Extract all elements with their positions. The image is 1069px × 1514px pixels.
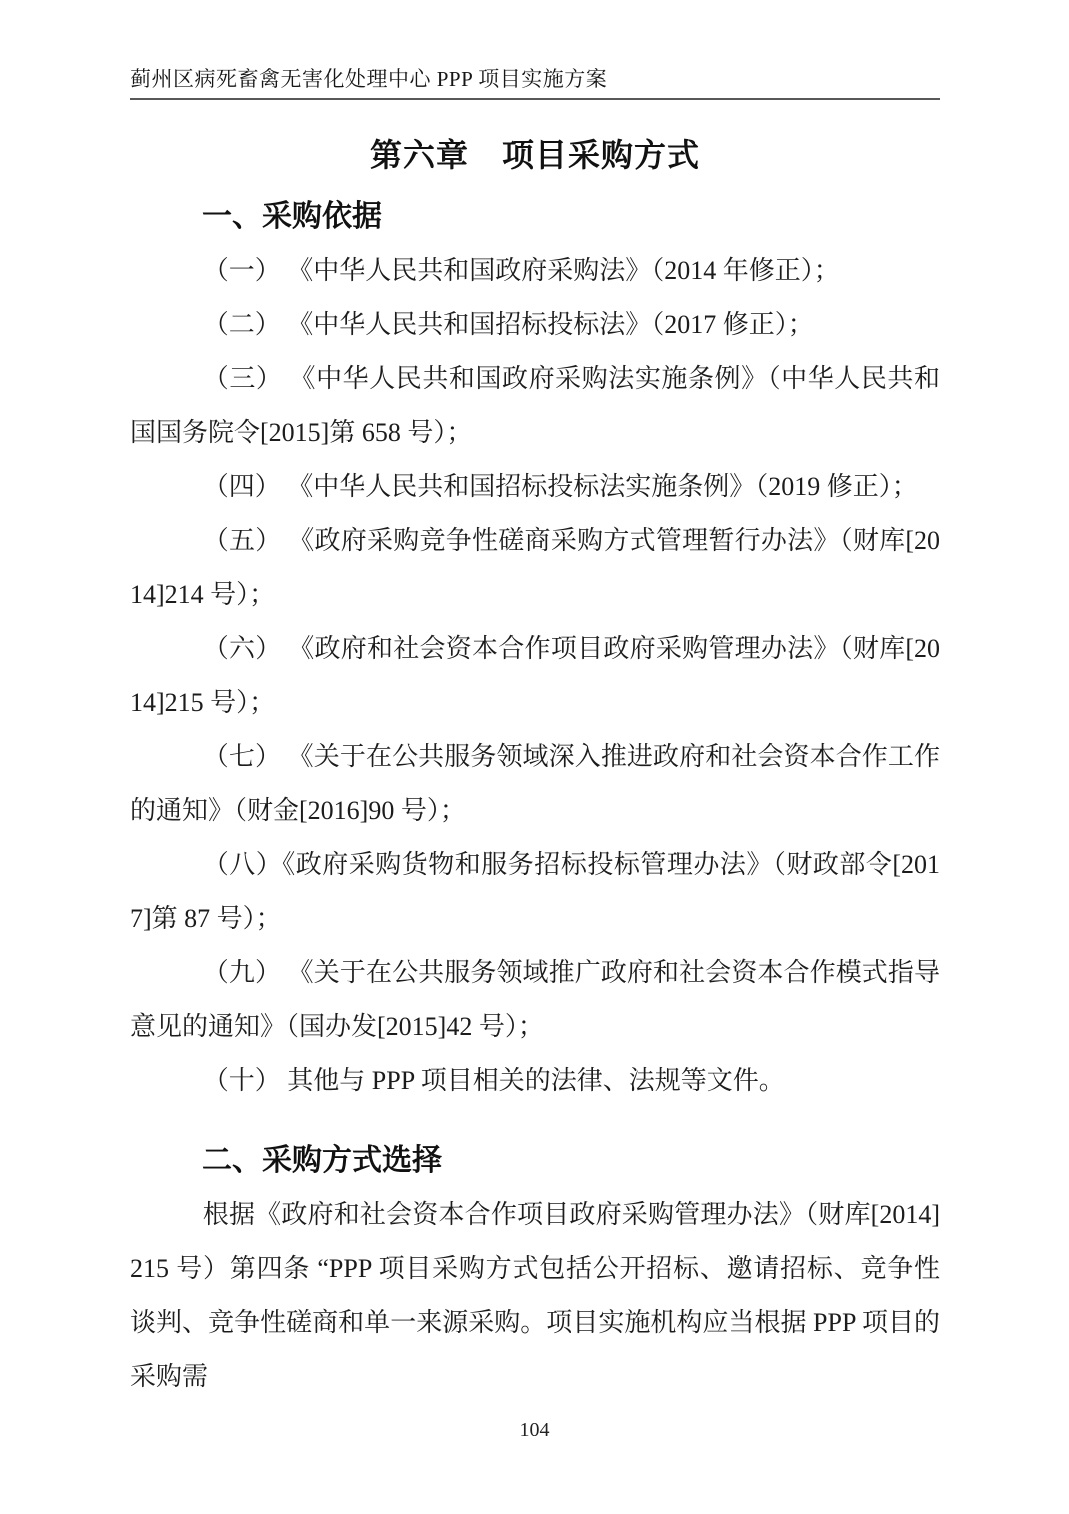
page-number: 104 [520,1419,550,1441]
list-item-4: （四） 《中华人民共和国招标投标法实施条例》（2019 修正）； [130,460,940,514]
list-item-9: （九） 《关于在公共服务领域推广政府和社会资本合作模式指导意见的通知》（国办发[… [130,946,940,1054]
chapter-title: 第六章 项目采购方式 [130,132,940,178]
body-paragraph: 根据《政府和社会资本合作项目政府采购管理办法》（财库[2014]215 号）第四… [130,1188,940,1404]
section-heading-method-selection: 二、采购方式选择 [130,1134,940,1188]
list-item-6: （六） 《政府和社会资本合作项目政府采购管理办法》（财库[2014]215 号）… [130,622,940,730]
document-page: 蓟州区病死畜禽无害化处理中心 PPP 项目实施方案 第六章 项目采购方式 一、采… [0,0,1069,1514]
list-item-5: （五） 《政府采购竞争性磋商采购方式管理暂行办法》（财库[2014]214 号）… [130,514,940,622]
section-procurement-basis: 一、采购依据 （一） 《中华人民共和国政府采购法》（2014 年修正）； （二）… [130,190,940,1108]
section-heading-procurement-basis: 一、采购依据 [130,190,940,244]
page-footer: 104 [0,1419,1069,1442]
list-item-7: （七） 《关于在公共服务领域深入推进政府和社会资本合作工作的通知》（财金[201… [130,730,940,838]
list-item-2: （二） 《中华人民共和国招标投标法》（2017 修正）； [130,298,940,352]
header-title: 蓟州区病死畜禽无害化处理中心 PPP 项目实施方案 [130,67,607,91]
section-procurement-method-selection: 二、采购方式选择 根据《政府和社会资本合作项目政府采购管理办法》（财库[2014… [130,1134,940,1404]
list-item-8: （八）《政府采购货物和服务招标投标管理办法》（财政部令[2017]第 87 号）… [130,838,940,946]
page-header: 蓟州区病死畜禽无害化处理中心 PPP 项目实施方案 [130,64,940,100]
list-item-1: （一） 《中华人民共和国政府采购法》（2014 年修正）； [130,244,940,298]
list-item-10: （十） 其他与 PPP 项目相关的法律、法规等文件。 [130,1054,940,1108]
list-item-3: （三） 《中华人民共和国政府采购法实施条例》（中华人民共和国国务院令[2015]… [130,352,940,460]
